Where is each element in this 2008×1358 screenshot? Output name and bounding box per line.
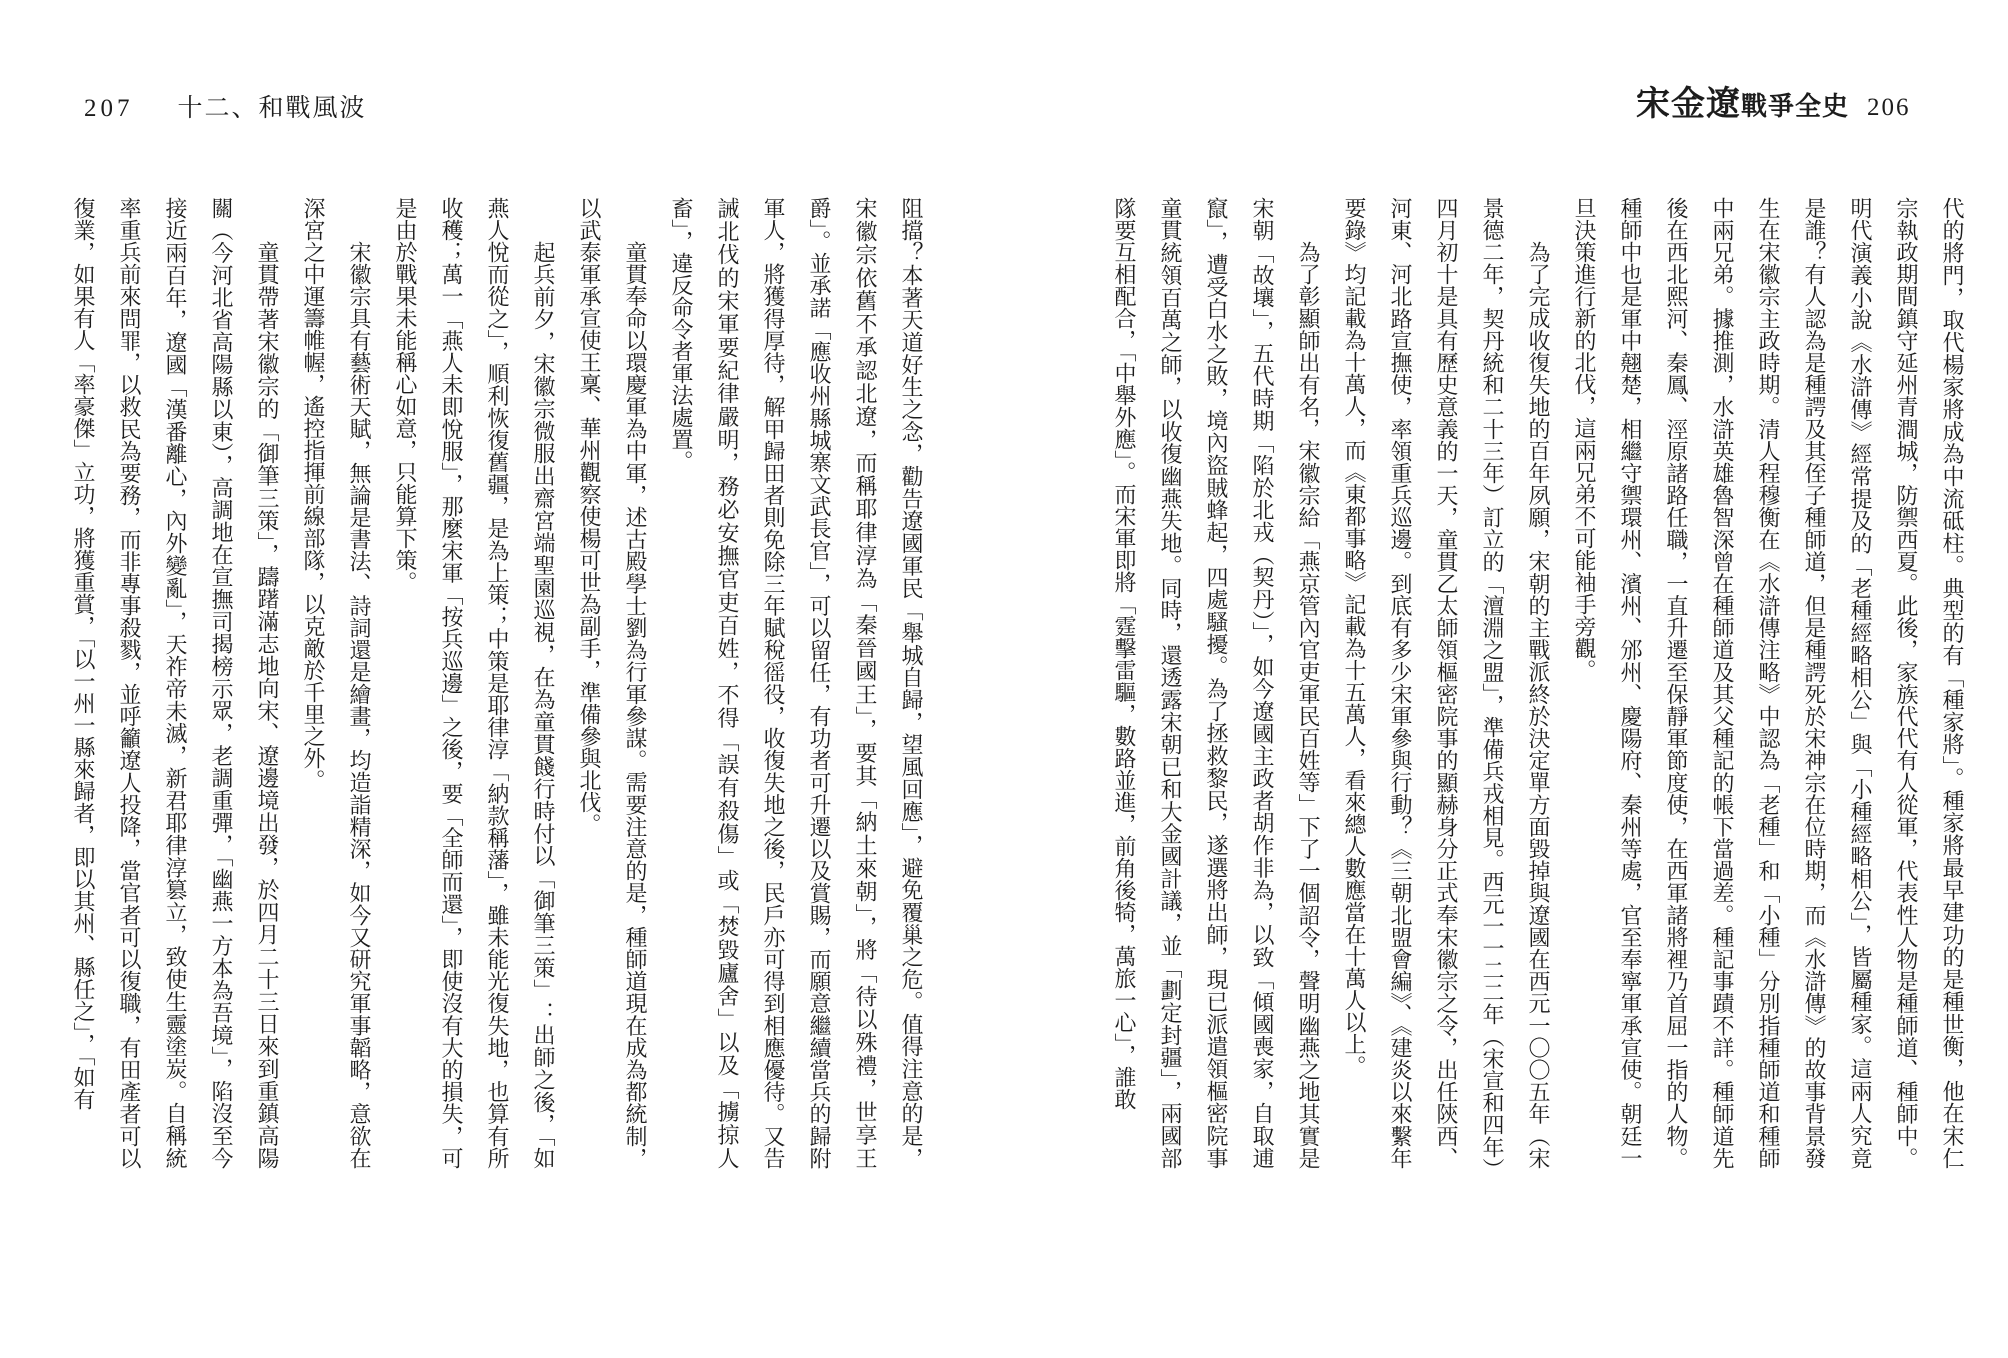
page-206: 宋金遼 戰爭全史 206 代的將門，取代楊家將成為中流砥柱。典型的有「種家將」。… xyxy=(1004,0,2008,1358)
paragraph: 童貫帶著宋徽宗的「御筆三策」，躊躇滿志地向宋、遼邊境出發，於四月二十三日來到重鎮… xyxy=(60,197,290,1169)
paragraph: 為了彰顯師出有名，宋徽宗給「燕京管內官吏軍民百姓等」下了一個詔令，聲明幽燕之地其… xyxy=(1101,197,1331,1169)
paragraph: 起兵前夕，宋徽宗微服出齋宮端聖園巡視，在為童貫餞行時付以「御筆三策」：出師之後，… xyxy=(382,197,566,1169)
book-spread: { "right_page": { "running_head": { "tit… xyxy=(0,0,2008,1358)
paragraph: 代的將門，取代楊家將成為中流砥柱。典型的有「種家將」。種家將最早建功的是種世衡，… xyxy=(1561,197,1975,1169)
body-text-left: 阻擋？本著天道好生之念，勸告遼國軍民「舉城自歸，望風回應」，避免覆巢之危。值得注… xyxy=(54,197,934,1169)
page-207: 207 十二、和戰風波 阻擋？本著天道好生之念，勸告遼國軍民「舉城自歸，望風回應… xyxy=(0,0,1004,1358)
running-head-left: 207 十二、和戰風波 xyxy=(84,88,367,124)
paragraph: 童貫奉命以環慶軍為中軍，述古殿學士劉為行軍參謀。需要注意的是，種師道現在成為都統… xyxy=(566,197,658,1169)
page-number: 207 xyxy=(84,95,134,123)
running-head-right: 宋金遼 戰爭全史 206 xyxy=(1636,76,1911,125)
chapter-title: 十二、和戰風波 xyxy=(178,88,367,124)
paragraph: 阻擋？本著天道好生之念，勸告遼國軍民「舉城自歸，望風回應」，避免覆巢之危。值得注… xyxy=(658,197,934,1169)
paragraph: 宋徽宗具有藝術天賦，無論是書法、詩詞還是繪畫，均造詣精深，如今又研究軍事韜略，意… xyxy=(290,197,382,1169)
paragraph: 為了完成收復失地的百年夙願，宋朝的主戰派終於決定單方面毀掉與遼國在西元一〇〇五年… xyxy=(1331,197,1561,1169)
book-title-rest: 戰爭全史 xyxy=(1741,86,1849,123)
page-number: 206 xyxy=(1867,94,1911,122)
book-title-main: 宋金遼 xyxy=(1636,76,1741,125)
body-text-right: 代的將門，取代楊家將成為中流砥柱。典型的有「種家將」。種家將最早建功的是種世衡，… xyxy=(1095,197,1975,1169)
